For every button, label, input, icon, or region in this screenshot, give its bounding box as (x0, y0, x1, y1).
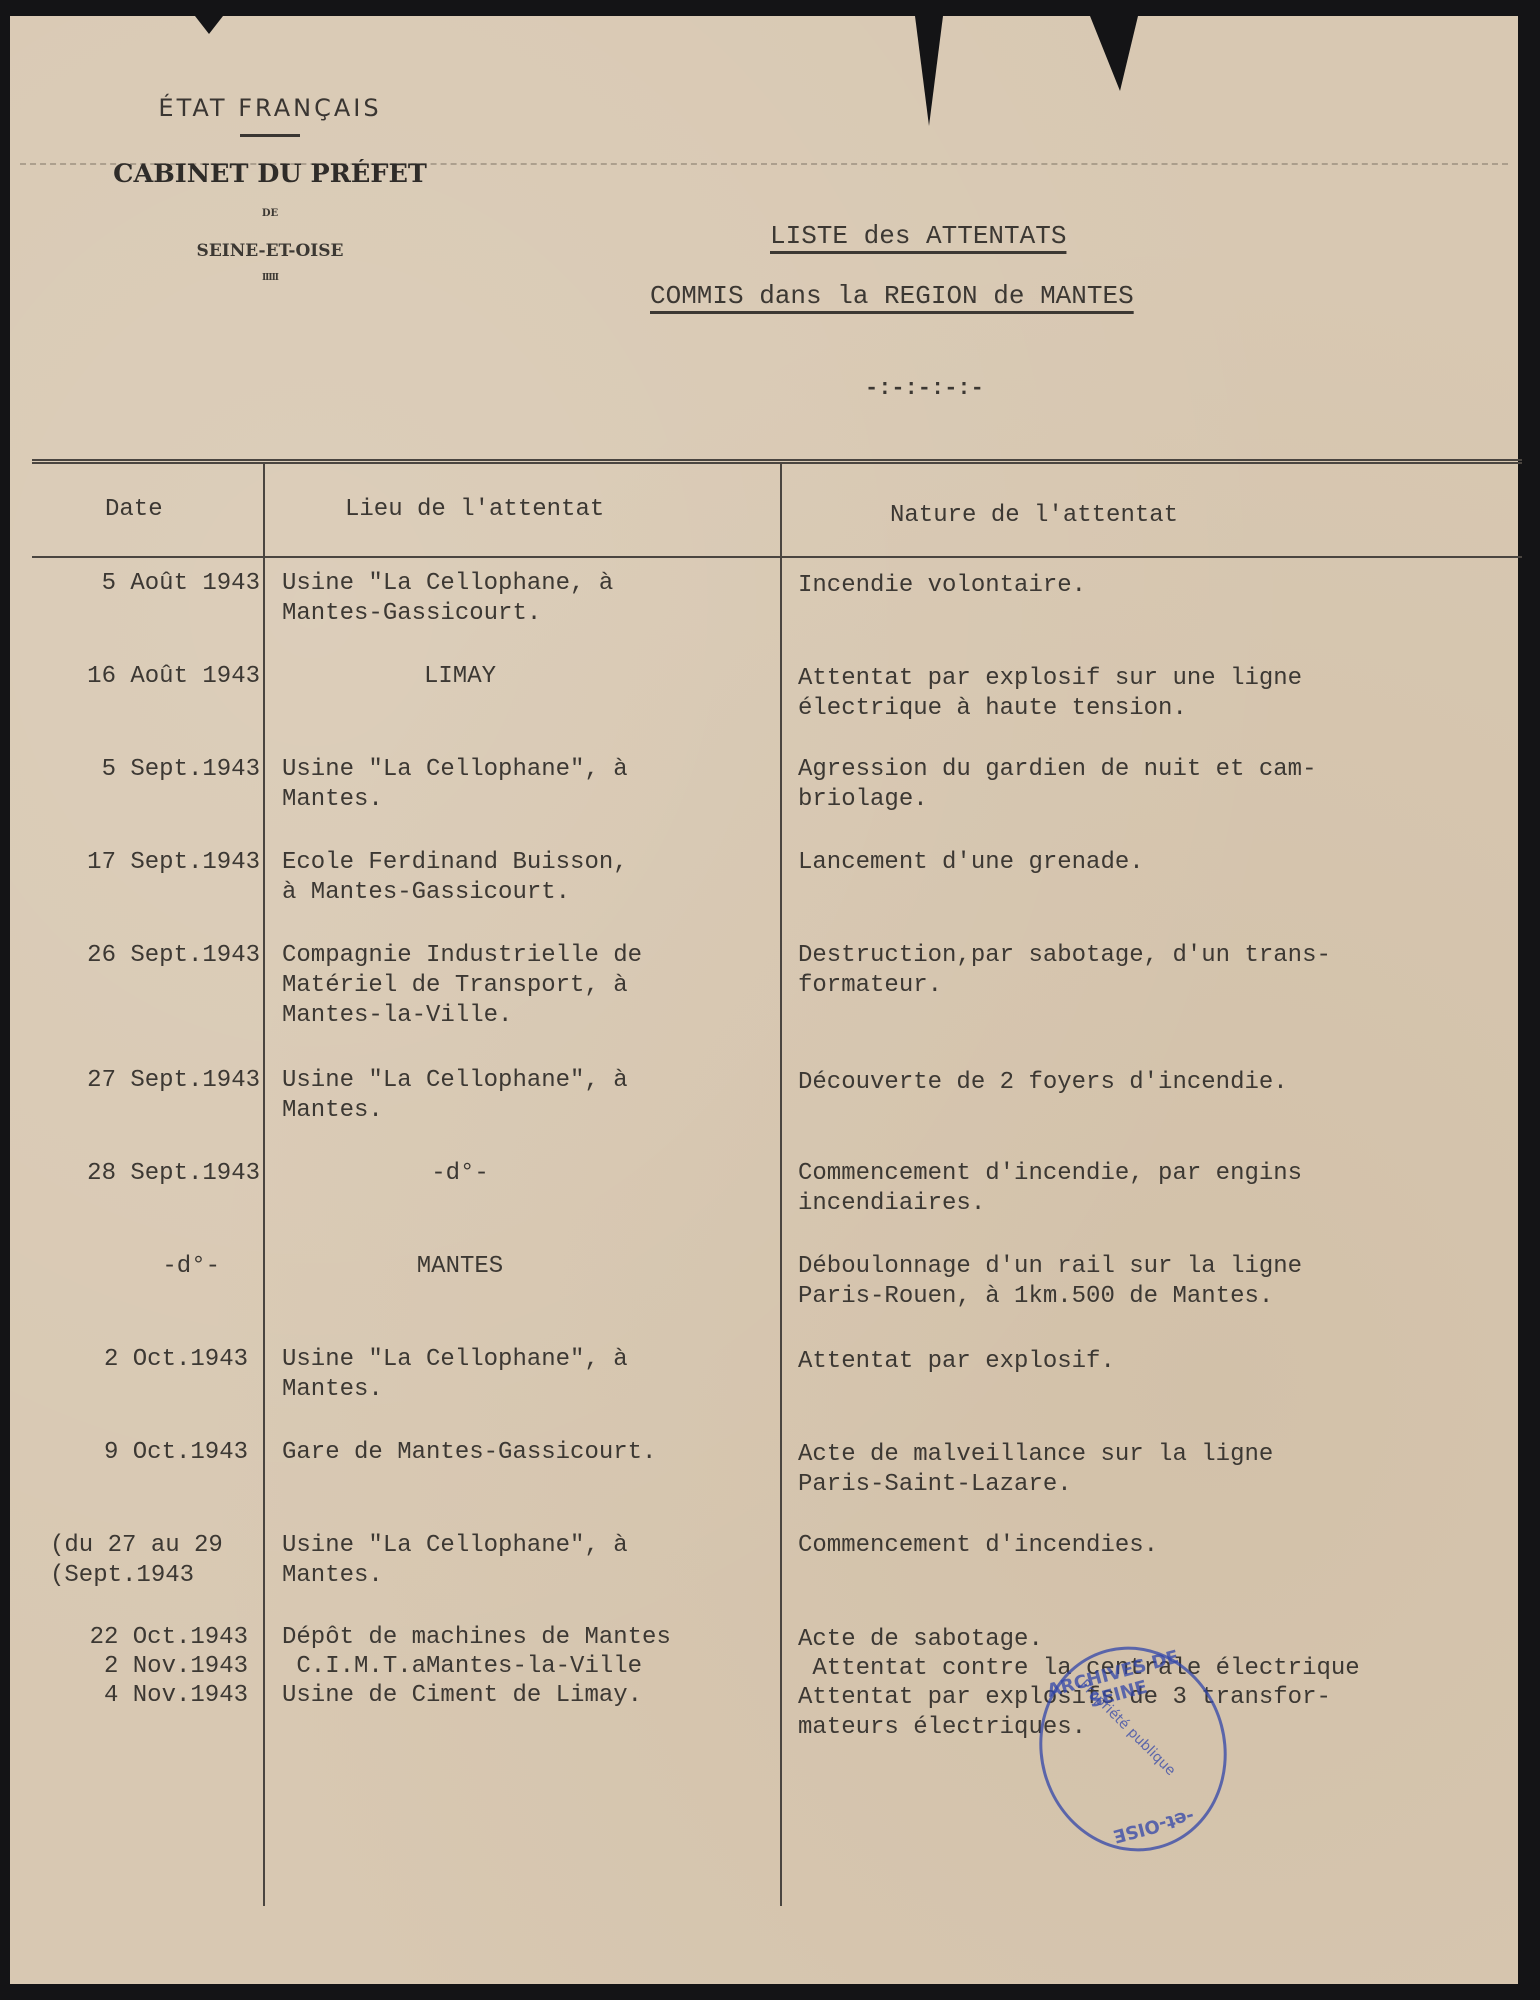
cell-lieu: LIMAY (310, 662, 610, 692)
cell-nature: Lancement d'une grenade. (798, 848, 1508, 878)
cell-lieu: Usine "La Cellophane", à Mantes. (282, 755, 772, 815)
cell-date: 26 Sept.1943 (20, 941, 260, 971)
cell-lieu: Gare de Mantes-Gassicourt. (282, 1438, 772, 1468)
cell-lieu: Usine "La Cellophane, à Mantes-Gassicour… (282, 569, 772, 629)
cell-lieu: Ecole Ferdinand Buisson, à Mantes-Gassic… (282, 848, 772, 908)
table-top-rule (32, 459, 1522, 464)
cell-date: 27 Sept.1943 (20, 1066, 260, 1096)
cell-date: 2 Oct.1943 (20, 1345, 248, 1375)
cell-lieu: Usine "La Cellophane", à Mantes. (282, 1066, 772, 1126)
cell-lieu: Usine "La Cellophane", à Mantes. (282, 1531, 772, 1591)
cell-date: 2 Nov.1943 (20, 1652, 248, 1682)
cell-lieu: Usine de Ciment de Limay. (282, 1681, 772, 1711)
cell-nature: Agression du gardien de nuit et cam- bri… (798, 755, 1508, 815)
paper-tear (1090, 16, 1138, 91)
title-line-1: LISTE des ATTENTATS (770, 221, 1066, 251)
paper-tear (195, 16, 223, 34)
cell-lieu: MANTES (310, 1252, 610, 1282)
cell-date: 16 Août 1943 (20, 662, 260, 692)
cell-nature: Acte de malveillance sur la ligne Paris-… (798, 1440, 1508, 1500)
cell-nature: Commencement d'incendies. (798, 1531, 1508, 1561)
cell-date: 5 Août 1943 (20, 569, 260, 599)
cell-nature: Destruction,par sabotage, d'un trans- fo… (798, 941, 1508, 1001)
cell-nature: Attentat par explosif sur une ligne élec… (798, 664, 1508, 724)
stamp-bottom-text: -et-OISE (1074, 1795, 1234, 1857)
cell-date: 4 Nov.1943 (20, 1681, 248, 1711)
cell-date: 22 Oct.1943 (20, 1623, 248, 1653)
cell-nature: Incendie volontaire. (798, 571, 1508, 601)
letterhead-de: DE (110, 208, 430, 219)
cell-date: 5 Sept.1943 (20, 755, 260, 785)
column-divider (263, 464, 265, 1906)
cell-lieu: Dépôt de machines de Mantes (282, 1623, 772, 1653)
letterhead-state: ÉTAT FRANÇAIS (110, 94, 430, 122)
cell-lieu: Compagnie Industrielle de Matériel de Tr… (282, 941, 772, 1031)
header-date: Date (105, 496, 163, 523)
header-nature: Nature de l'attentat (890, 502, 1178, 529)
title-line-2: COMMIS dans la REGION de MANTES (650, 281, 1134, 311)
header-lieu: Lieu de l'attentat (345, 496, 604, 523)
letterhead-department: SEINE-ET-OISE (110, 241, 430, 261)
title-ornament: -:-:-:-:- (865, 376, 984, 401)
cell-date: -d°- (70, 1252, 220, 1282)
cell-date: 9 Oct.1943 (20, 1438, 248, 1468)
letterhead-office: CABINET DU PRÉFET (107, 159, 433, 188)
letterhead: ÉTAT FRANÇAIS CABINET DU PRÉFET DE SEINE… (110, 94, 430, 283)
cell-lieu: C.I.M.T.aMantes-la-Ville (282, 1652, 772, 1682)
cell-nature: Déboulonnage d'un rail sur la ligne Pari… (798, 1252, 1508, 1312)
cell-nature: Commencement d'incendie, par engins ince… (798, 1159, 1508, 1219)
column-divider (780, 464, 782, 1906)
divider (240, 134, 300, 137)
cell-lieu: Usine "La Cellophane", à Mantes. (282, 1345, 772, 1405)
paper-tear (915, 16, 943, 126)
letterhead-marks: IIIII (110, 273, 430, 283)
document-sheet: ÉTAT FRANÇAIS CABINET DU PRÉFET DE SEINE… (10, 16, 1518, 1984)
cell-date: (du 27 au 29 (Sept.1943 (50, 1531, 290, 1591)
cell-date: 17 Sept.1943 (20, 848, 260, 878)
cell-nature: Découverte de 2 foyers d'incendie. (798, 1068, 1508, 1098)
cell-lieu: -d°- (310, 1159, 610, 1189)
cell-date: 28 Sept.1943 (20, 1159, 260, 1189)
cell-nature: Attentat par explosif. (798, 1347, 1508, 1377)
table-header-rule (32, 556, 1522, 558)
